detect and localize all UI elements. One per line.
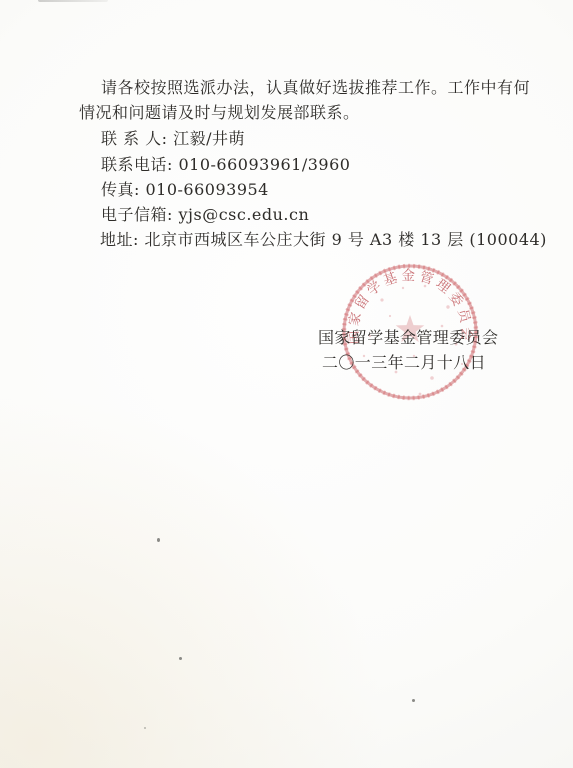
contact-address-line: 地址: 北京市西城区车公庄大街 9 号 A3 楼 13 层 (100044) (100, 229, 547, 251)
scanned-letter-page: 请各校按照选派办法，认真做好选拔推荐工作。工作中有何 情况和问题请及时与规划发展… (0, 0, 573, 768)
scan-speck (157, 538, 160, 542)
scan-speck (412, 699, 415, 702)
scan-speck (144, 727, 146, 729)
signature-organization: 国家留学基金管理委员会 (318, 327, 498, 349)
signature-date: 二〇一三年二月十八日 (322, 352, 486, 374)
scan-edge-smudge (38, 0, 108, 2)
paragraph-line-1: 请各校按照选派办法，认真做好选拔推荐工作。工作中有何 (101, 77, 530, 99)
contact-phone-line: 联系电话: 010-66093961/3960 (101, 154, 350, 176)
paragraph-line-2: 情况和问题请及时与规划发展部联系。 (79, 102, 360, 124)
contact-email-line: 电子信箱: yjs@csc.edu.cn (101, 204, 309, 226)
contact-person-line: 联 系 人: 江毅/井萌 (101, 128, 245, 150)
contact-fax-line: 传真: 010-66093954 (101, 179, 269, 201)
scan-speck (179, 657, 182, 660)
